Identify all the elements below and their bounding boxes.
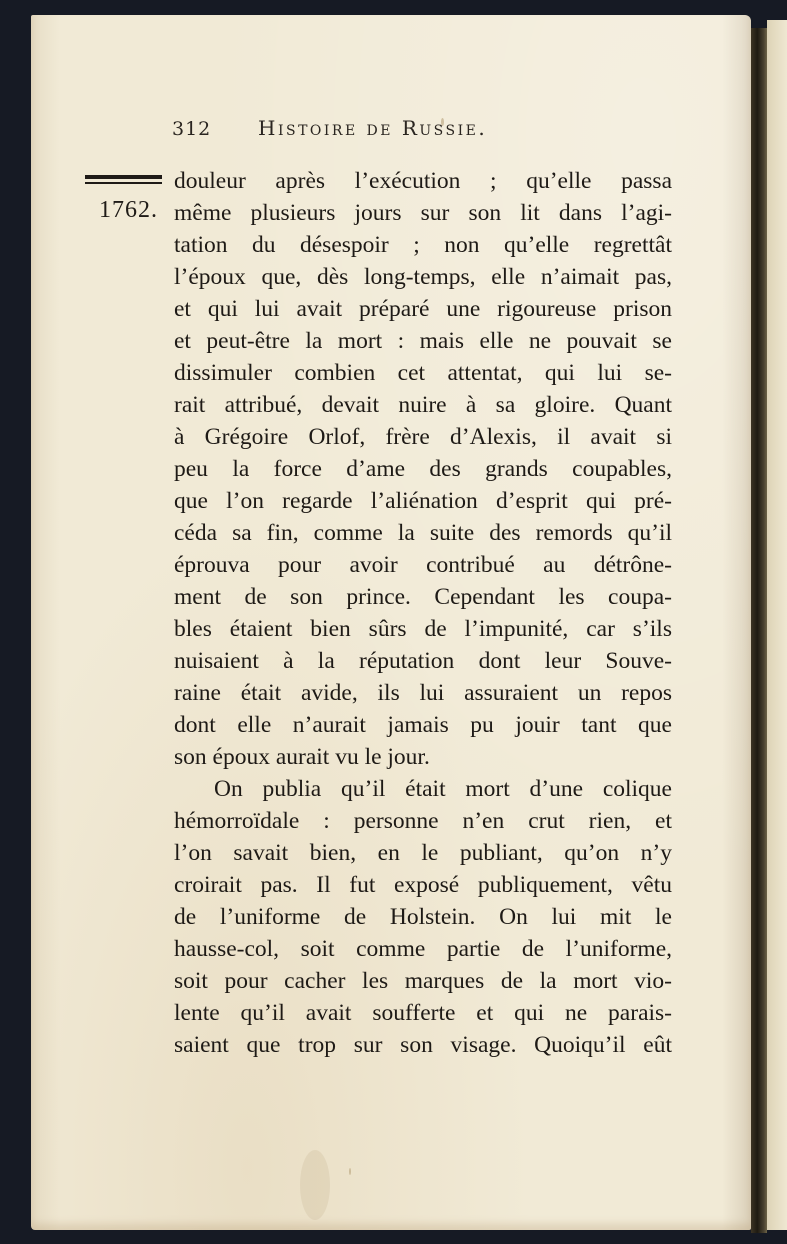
text-line: hausse-col, soit comme partie de l’unifo… bbox=[174, 933, 672, 965]
text-line: peu la force d’ame des grands coupables, bbox=[174, 453, 672, 485]
text-line: l’on savait bien, en le publiant, qu’on … bbox=[174, 837, 672, 869]
margin-year-note: 1762. bbox=[99, 197, 158, 224]
text-line: rait attribué, devait nuire à sa gloire.… bbox=[174, 389, 672, 421]
body-text: douleur après l’exécution ; qu’elle pass… bbox=[174, 165, 672, 1061]
text-line: que l’on regarde l’aliénation d’esprit q… bbox=[174, 485, 672, 517]
text-line: lente qu’il avait soufferte et qui ne pa… bbox=[174, 997, 672, 1029]
text-line: raine était avide, ils lui assuraient un… bbox=[174, 677, 672, 709]
paper-stain bbox=[300, 1150, 330, 1220]
book-scan: 312 Histoire de Russie. 1762. douleur ap… bbox=[0, 0, 787, 1244]
page-number: 312 bbox=[172, 118, 211, 140]
text-line: tation du désespoir ; non qu’elle regret… bbox=[174, 229, 672, 261]
text-line: bles étaient bien sûrs de l’impunité, ca… bbox=[174, 613, 672, 645]
text-line: douleur après l’exécution ; qu’elle pass… bbox=[174, 165, 672, 197]
text-line: hémorroïdale : personne n’en crut rien, … bbox=[174, 805, 672, 837]
text-line: à Grégoire Orlof, frère d’Alexis, il ava… bbox=[174, 421, 672, 453]
text-line: dissimuler combien cet attentat, qui lui… bbox=[174, 357, 672, 389]
rule-thin bbox=[85, 182, 162, 184]
text-line: dont elle n’aurait jamais pu jouir tant … bbox=[174, 709, 672, 741]
text-line: saient que trop sur son visage. Quoiqu’i… bbox=[174, 1029, 672, 1061]
text-line: soit pour cacher les marques de la mort … bbox=[174, 965, 672, 997]
running-title: Histoire de Russie. bbox=[258, 116, 487, 140]
running-head: 312 Histoire de Russie. bbox=[172, 116, 672, 142]
text-line: de l’uniforme de Holstein. On lui mit le bbox=[174, 901, 672, 933]
text-line: céda sa fin, comme la suite des remords … bbox=[174, 517, 672, 549]
text-line: nuisaient à la réputation dont leur Souv… bbox=[174, 645, 672, 677]
text-line: et peut-être la mort : mais elle ne pouv… bbox=[174, 325, 672, 357]
text-line: l’époux que, dès long-temps, elle n’aima… bbox=[174, 261, 672, 293]
facing-page-edge bbox=[767, 20, 787, 1230]
margin-double-rule bbox=[85, 175, 162, 185]
text-line: et qui lui avait préparé une rigoureuse … bbox=[174, 293, 672, 325]
text-line: croirait pas. Il fut exposé publiquement… bbox=[174, 869, 672, 901]
rule-thick bbox=[85, 175, 162, 179]
text-line: ment de son prince. Cependant les coupa- bbox=[174, 581, 672, 613]
binding-gutter bbox=[751, 28, 767, 1233]
text-line: éprouva pour avoir contribué au détrône- bbox=[174, 549, 672, 581]
ink-speck bbox=[349, 1168, 351, 1175]
text-line: même plusieurs jours sur son lit dans l’… bbox=[174, 197, 672, 229]
paragraph-start-line: On publia qu’il était mort d’une colique bbox=[174, 773, 672, 805]
paragraph-end-line: son époux aurait vu le jour. bbox=[174, 741, 672, 773]
